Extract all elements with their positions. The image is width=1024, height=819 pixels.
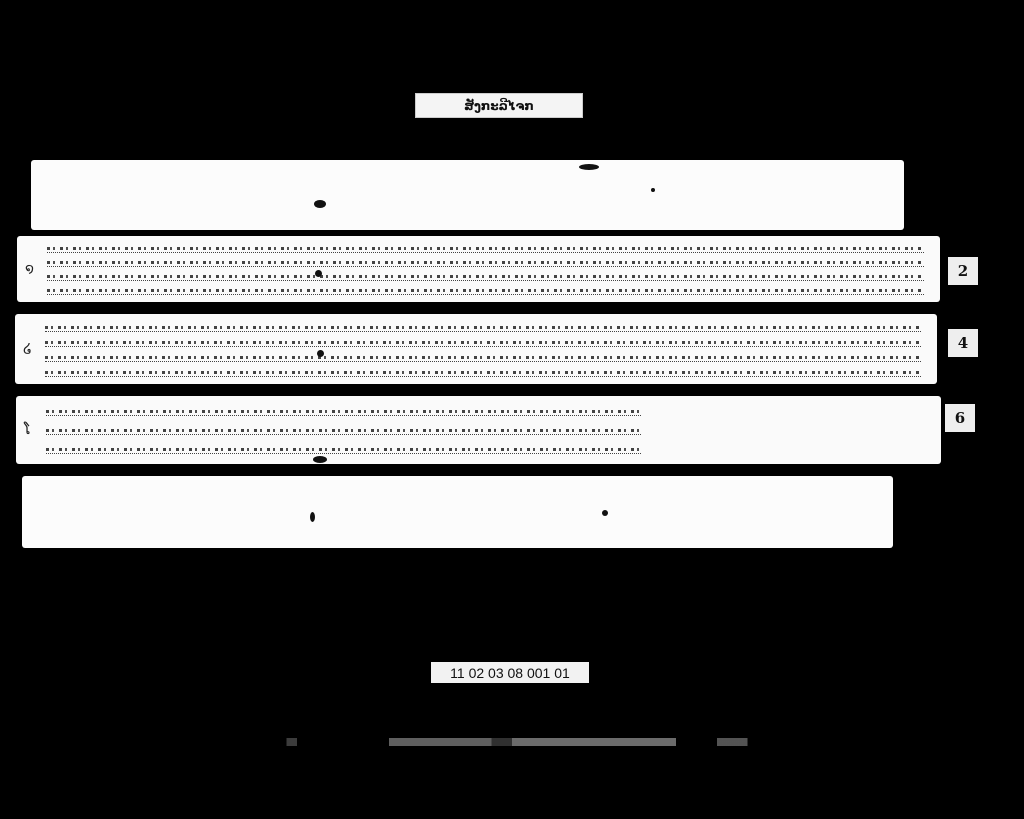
palm-leaf-2-text: ໑ [17,236,940,302]
script-line [46,444,641,454]
script-lines [47,241,924,297]
folio-number-4: 4 [948,329,978,357]
script-lines [46,401,641,459]
stain-mark [602,510,608,516]
archive-id-label: 11 02 03 08 001 01 [431,662,589,683]
folio-number-2: 2 [948,257,978,285]
manuscript-title-label: ສັງກະລີໄຈກ [415,93,583,118]
palm-leaf-1-blank [31,160,904,230]
stain-mark [310,512,315,522]
stain-mark [313,456,327,463]
palm-leaf-4-text: ໂ [16,396,941,464]
stain-mark [315,270,322,277]
stain-mark [314,200,326,208]
script-line [47,257,924,267]
script-line [47,285,924,295]
script-line [47,243,924,253]
palm-leaf-5-blank [22,476,893,548]
stain-mark [579,164,599,170]
script-lines [45,319,921,379]
script-line [45,322,921,332]
script-line [46,406,641,416]
stain-mark [651,188,655,192]
leaf-margin-numeral: ໒ [23,341,32,357]
script-line [45,337,921,347]
leaf-margin-numeral: ໑ [25,261,34,277]
palm-leaf-3-text: ໒ [15,314,937,384]
script-line [45,367,921,377]
script-line [46,425,641,435]
folio-number-6: 6 [945,404,975,432]
stain-mark [317,350,324,357]
scan-artifact-line [0,738,1024,746]
script-line [47,271,924,281]
script-line [45,352,921,362]
leaf-margin-numeral: ໂ [24,422,30,438]
